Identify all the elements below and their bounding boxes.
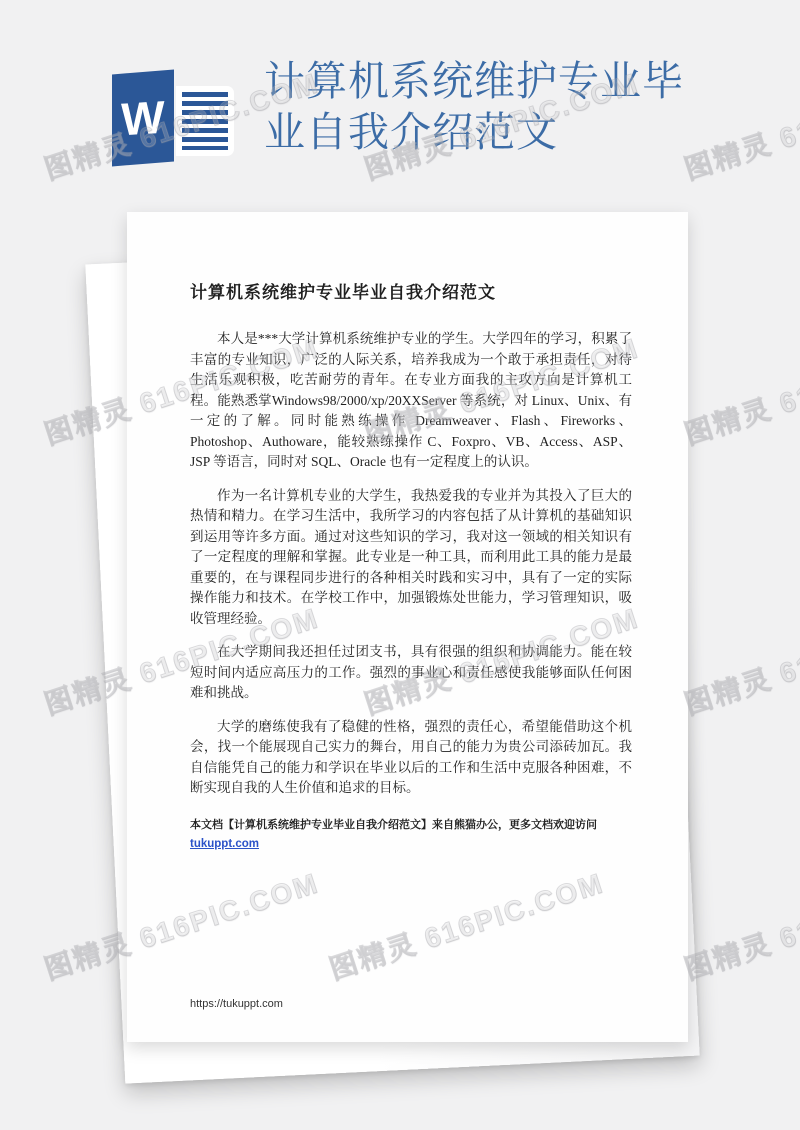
word-icon-letter: W <box>121 94 164 143</box>
document-footer-link[interactable]: tukuppt.com <box>190 838 259 850</box>
word-icon-panel: W <box>112 70 174 167</box>
word-icon-text-lines <box>182 92 228 150</box>
document-page: 计算机系统维护专业毕业自我介绍范文 本人是***大学计算机系统维护专业的学生。大… <box>127 212 688 1042</box>
document-paragraph: 作为一名计算机专业的大学生，我热爱我的专业并为其投入了巨大的热情和精力。在学习生… <box>190 486 632 630</box>
word-icon: W <box>108 64 234 172</box>
watermark-text: 图精灵 616PIC.COM <box>679 327 800 454</box>
watermark-text: 图精灵 616PIC.COM <box>679 862 800 989</box>
document-paragraph: 本人是***大学计算机系统维护专业的学生。大学四年的学习，积累了丰富的专业知识，… <box>190 329 632 473</box>
document-footer-note: 本文档【计算机系统维护专业毕业自我介绍范文】来自熊猫办公，更多文档欢迎访问 <box>190 817 632 834</box>
document-title: 计算机系统维护专业毕业自我介绍范文 <box>190 278 632 303</box>
document-paragraph: 大学的磨练使我有了稳健的性格，强烈的责任心，希望能借助这个机会，找一个能展现自己… <box>190 717 632 799</box>
document-content: 计算机系统维护专业毕业自我介绍范文 本人是***大学计算机系统维护专业的学生。大… <box>190 278 632 852</box>
page-title: 计算机系统维护专业毕业自我介绍范文 <box>264 56 704 158</box>
document-paragraph: 在大学期间我还担任过团支书，具有很强的组织和协调能力。能在较短时间内适应高压力的… <box>190 642 632 704</box>
document-page-url: https://tukuppt.com <box>190 998 283 1010</box>
word-icon-document <box>176 86 234 156</box>
watermark-text: 图精灵 616PIC.COM <box>679 597 800 724</box>
